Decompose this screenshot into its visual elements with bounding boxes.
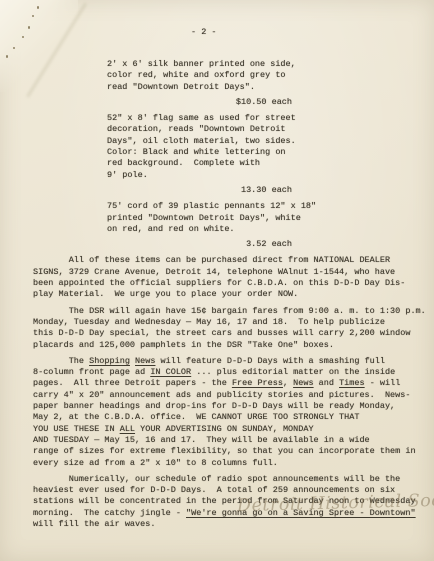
underlined-text: IN COLOR: [150, 367, 191, 377]
typed-line: All of these items can be purchased dire…: [33, 255, 427, 266]
paragraph: The DSR will again have 15¢ bargain fare…: [33, 306, 427, 351]
text-segment: Numerically, our schedule of radio spot …: [33, 474, 400, 484]
typed-line: 9' pole.: [107, 170, 427, 181]
underlined-text: Times: [339, 378, 365, 388]
typed-line: 75' cord of 39 plastic pennants 12" x 18…: [107, 201, 427, 212]
text-segment: ,: [283, 378, 293, 388]
text-segment: will fill the air waves.: [33, 519, 155, 529]
text-segment: on red, and red on white.: [107, 224, 235, 234]
paper-speck: [6, 55, 8, 58]
text-segment: The: [33, 356, 89, 366]
text-segment: red background. Complete with: [107, 158, 260, 168]
page-number: - 2 -: [191, 27, 217, 38]
typed-line: decoration, reads "Downtown Detroit: [107, 124, 427, 135]
underlined-text: "We're gonna go on a Saving Spree - Down…: [186, 508, 416, 518]
text-segment: May 2, at the C.B.D.A. office. WE CANNOT…: [33, 412, 359, 422]
typed-line: Days", oil cloth material, two sides.: [107, 136, 427, 147]
typed-line: carry 4" x 20" announcement ads and publ…: [33, 390, 427, 401]
text-segment: 52" x 8' flag same as used for street: [107, 113, 296, 123]
underlined-text: Shopping: [89, 356, 130, 366]
underlined-text: ALL: [120, 424, 135, 434]
typed-line: this D-D-D Day special, the street cars …: [33, 328, 427, 339]
text-segment: stations will be concentrated in the per…: [33, 496, 416, 506]
text-segment: 8-column front page ad: [33, 367, 150, 377]
typed-line: heaviest ever used for D-D-D Days. A tot…: [33, 485, 427, 496]
text-segment: every size ad from a 2" x 10" to 8 colum…: [33, 458, 278, 468]
text-segment: this D-D-D Day special, the street cars …: [33, 328, 410, 338]
typed-line: read "Downtown Detroit Days".: [107, 82, 427, 93]
typed-line: placards and 125,000 pamphlets in the DS…: [33, 340, 427, 351]
typed-line: every size ad from a 2" x 10" to 8 colum…: [33, 458, 427, 469]
paragraph: Numerically, our schedule of radio spot …: [33, 474, 427, 530]
typed-line: printed "Downtown Detroit Days", white: [107, 213, 427, 224]
document-page: - 2 - 2' x 6' silk banner printed one si…: [0, 0, 434, 561]
underlined-text: News: [293, 378, 313, 388]
text-segment: SIGNS, 3729 Crane Avenue, Detroit 14, te…: [33, 267, 395, 277]
typed-line: May 2, at the C.B.D.A. office. WE CANNOT…: [33, 412, 427, 423]
text-segment: paper banner headings and drop-ins for D…: [33, 401, 395, 411]
typed-line: color red, white and oxford grey to: [107, 70, 427, 81]
text-segment: range of sizes for extreme flexibility, …: [33, 446, 416, 456]
typed-line: play Material. We urge you to place your…: [33, 289, 427, 300]
text-segment: decoration, reads "Downtown Detroit: [107, 124, 286, 134]
text-segment: 9' pole.: [107, 170, 148, 180]
typed-line: will fill the air waves.: [33, 519, 427, 530]
text-segment: carry 4" x 20" announcement ads and publ…: [33, 390, 410, 400]
text-segment: AND TUESDAY — May 15, 16 and 17. They wi…: [33, 435, 370, 445]
text-segment: will feature D-D-D Days with a smashing …: [155, 356, 385, 366]
text-segment: play Material. We urge you to place your…: [33, 289, 298, 299]
typed-line: stations will be concentrated in the per…: [33, 496, 427, 507]
underlined-text: Free Press: [232, 378, 283, 388]
text-segment: morning. The catchy jingle -: [33, 508, 186, 518]
paragraphs: All of these items can be purchased dire…: [33, 255, 427, 530]
text-segment: been appointed the official suppliers fo…: [33, 278, 405, 288]
underlined-text: News: [135, 356, 155, 366]
text-segment: 2' x 6' silk banner printed one side,: [107, 59, 296, 69]
text-segment: placards and 125,000 pamphlets in the DS…: [33, 340, 334, 350]
typed-line: 52" x 8' flag same as used for street: [107, 113, 427, 124]
typed-line: morning. The catchy jingle - "We're gonn…: [33, 508, 427, 519]
text-segment: Color: Black and white lettering on: [107, 147, 286, 157]
text-segment: YOU USE THESE IN: [33, 424, 120, 434]
typed-line: The DSR will again have 15¢ bargain fare…: [33, 306, 427, 317]
text-segment: The DSR will again have 15¢ bargain fare…: [33, 306, 426, 316]
paper-speck: [22, 36, 24, 38]
typed-line: 2' x 6' silk banner printed one side,: [107, 59, 427, 70]
paper-speck: [32, 15, 34, 17]
text-segment: ... plus editorial matter on the inside: [191, 367, 395, 377]
typed-line: The Shopping News will feature D-D-D Day…: [33, 356, 427, 367]
paper-speck: [13, 47, 15, 49]
text-segment: Monday, Tuesday and Wednesday — May 16, …: [33, 317, 385, 327]
text-segment: printed "Downtown Detroit Days", white: [107, 213, 301, 223]
typed-line: Monday, Tuesday and Wednesday — May 16, …: [33, 317, 427, 328]
paragraph: The Shopping News will feature D-D-D Day…: [33, 356, 427, 469]
price-line: $10.50 each: [33, 97, 292, 108]
typed-line: been appointed the official suppliers fo…: [33, 278, 427, 289]
text-segment: 75' cord of 39 plastic pennants 12" x 18…: [107, 201, 316, 211]
text-segment: and: [314, 378, 340, 388]
catalog-item: 52" x 8' flag same as used for streetdec…: [107, 113, 427, 181]
page-content: 2' x 6' silk banner printed one side,col…: [33, 59, 427, 530]
price-line: 13.30 each: [33, 185, 292, 196]
typed-line: 8-column front page ad IN COLOR ... plus…: [33, 367, 427, 378]
typed-line: pages. All three Detroit papers - the Fr…: [33, 378, 427, 389]
price-items: 2' x 6' silk banner printed one side,col…: [33, 59, 427, 250]
text-segment: YOUR ADVERTISING ON SUNDAY, MONDAY: [135, 424, 314, 434]
catalog-item: 75' cord of 39 plastic pennants 12" x 18…: [107, 201, 427, 235]
typed-line: paper banner headings and drop-ins for D…: [33, 401, 427, 412]
typed-line: SIGNS, 3729 Crane Avenue, Detroit 14, te…: [33, 267, 427, 278]
typed-line: Numerically, our schedule of radio spot …: [33, 474, 427, 485]
typed-line: on red, and red on white.: [107, 224, 427, 235]
text-segment: color red, white and oxford grey to: [107, 70, 286, 80]
typed-line: YOU USE THESE IN ALL YOUR ADVERTISING ON…: [33, 424, 427, 435]
paragraph: All of these items can be purchased dire…: [33, 255, 427, 300]
text-segment: Days", oil cloth material, two sides.: [107, 136, 296, 146]
paper-speck: [37, 6, 39, 9]
paper-speck: [28, 26, 30, 29]
text-segment: All of these items can be purchased dire…: [33, 255, 390, 265]
text-segment: pages. All three Detroit papers - the: [33, 378, 232, 388]
typed-line: red background. Complete with: [107, 158, 427, 169]
text-segment: heaviest ever used for D-D-D Days. A tot…: [33, 485, 395, 495]
typed-line: range of sizes for extreme flexibility, …: [33, 446, 427, 457]
typed-line: Color: Black and white lettering on: [107, 147, 427, 158]
price-line: 3.52 each: [33, 239, 292, 250]
text-segment: - will: [365, 378, 401, 388]
typed-line: AND TUESDAY — May 15, 16 and 17. They wi…: [33, 435, 427, 446]
text-segment: read "Downtown Detroit Days".: [107, 82, 255, 92]
catalog-item: 2' x 6' silk banner printed one side,col…: [107, 59, 427, 93]
